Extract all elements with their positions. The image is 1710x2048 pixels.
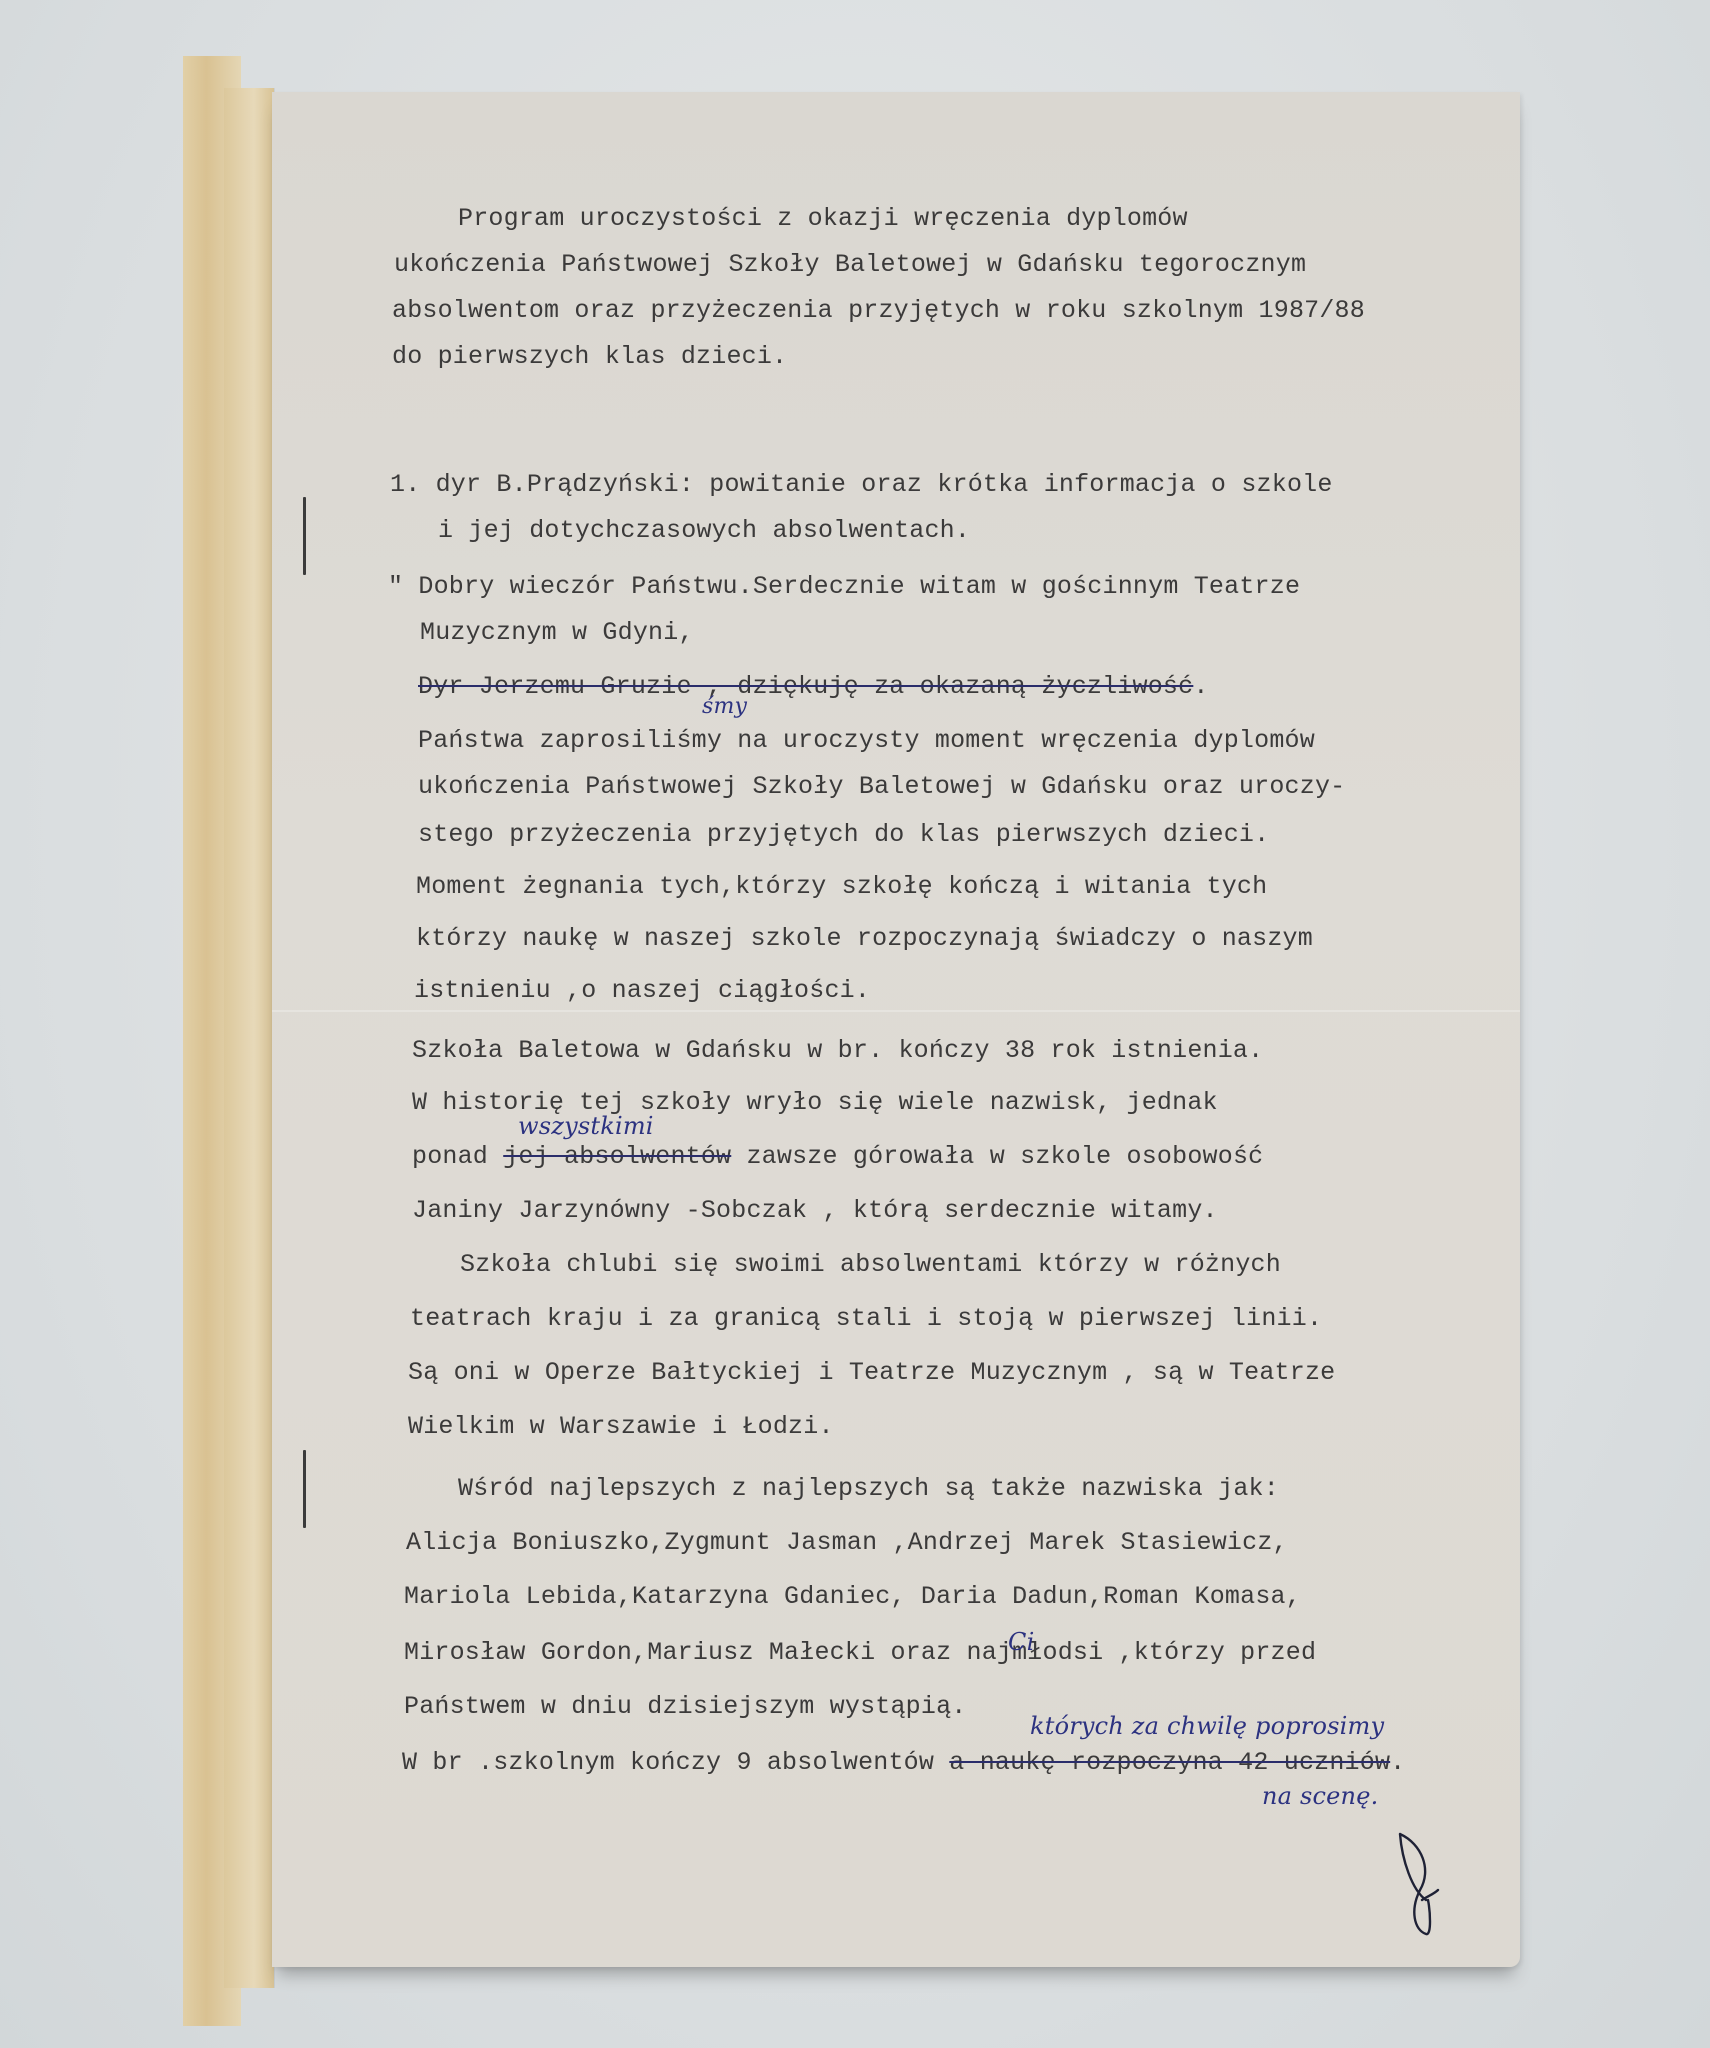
title-line-3: absolwentom oraz przyżeczenia przyjętych… (392, 296, 1365, 325)
speech-line-19: Alicja Boniuszko,Zygmunt Jasman ,Andrzej… (406, 1528, 1288, 1557)
item-1-line-2: i jej dotychczasowych absolwentach. (438, 516, 970, 545)
struck-new-pupils: a naukę rozpoczyna 42 uczniów (949, 1748, 1390, 1777)
title-line-1: Program uroczystości z okazji wręczenia … (458, 204, 1188, 233)
handwritten-insertion: których za chwilę poprosimy (1030, 1712, 1384, 1740)
speech-line-9: istnieniu ,o naszej ciągłości. (414, 976, 870, 1005)
speech-line-13: Janiny Jarzynówny -Sobczak , którą serde… (412, 1196, 1218, 1225)
speech-line-15: teatrach kraju i za granicą stali i stoj… (410, 1304, 1322, 1333)
speech-line-2: Muzycznym w Gdyni, (420, 618, 694, 647)
speech-line-14: Szkoła chlubi się swoimi absolwentami kt… (460, 1250, 1281, 1279)
speech-line-21: Mirosław Gordon,Mariusz Małecki oraz naj… (404, 1638, 1316, 1667)
speech-line-23: W br .szkolnym kończy 9 absolwentów a na… (402, 1748, 1405, 1777)
speech-line-5: ukończenia Państwowej Szkoły Baletowej w… (418, 772, 1345, 801)
speech-line-7: Moment żegnania tych,którzy szkołę kończ… (416, 872, 1267, 901)
title-line-4: do pierwszych klas dzieci. (392, 342, 787, 371)
title-line-2: ukończenia Państwowej Szkoły Baletowej w… (394, 250, 1306, 279)
speech-line-4: Państwa zaprosiliśmy na uroczysty moment… (418, 726, 1315, 755)
struck-graduates: jej absolwentów (503, 1142, 731, 1171)
speech-line-17: Wielkim w Warszawie i Łodzi. (408, 1412, 834, 1441)
item-1-line-1: 1. dyr B.Prądzyński: powitanie oraz krót… (390, 470, 1333, 499)
struck-thanks: Dyr Jerzemu Gruzie , dziękuję za okazaną… (418, 672, 1193, 701)
handwritten-na-scene: na scenę. (1262, 1782, 1378, 1810)
speech-line-20: Mariola Lebida,Katarzyna Gdaniec, Daria … (404, 1582, 1301, 1611)
handwritten-ci: Ci (1008, 1628, 1034, 1656)
speech-line-22: Państwem w dniu dzisiejszym wystąpią. (404, 1692, 967, 1721)
speech-line-1: " Dobry wieczór Państwu.Serdecznie witam… (388, 572, 1300, 601)
handwritten-wszystkimi: wszystkimi (518, 1112, 654, 1140)
speech-line-8: którzy naukę w naszej szkole rozpoczynaj… (416, 924, 1313, 953)
speech-line-10: Szkoła Baletowa w Gdańsku w br. kończy 3… (412, 1036, 1263, 1065)
speech-line-18: Wśród najlepszych z najlepszych są także… (458, 1474, 1279, 1503)
signature (1392, 1830, 1472, 1940)
speech-line-6: stego przyżeczenia przyjętych do klas pi… (418, 820, 1269, 849)
speech-line-3: Dyr Jerzemu Gruzie , dziękuję za okazaną… (418, 672, 1209, 701)
speech-line-12: ponad jej absolwentów zawsze górowała w … (412, 1142, 1263, 1171)
speech-line-16: Są oni w Operze Bałtyckiej i Teatrze Muz… (408, 1358, 1335, 1387)
document-body: Program uroczystości z okazji wręczenia … (0, 0, 1710, 2048)
handwritten-smy: śmy (702, 694, 747, 719)
